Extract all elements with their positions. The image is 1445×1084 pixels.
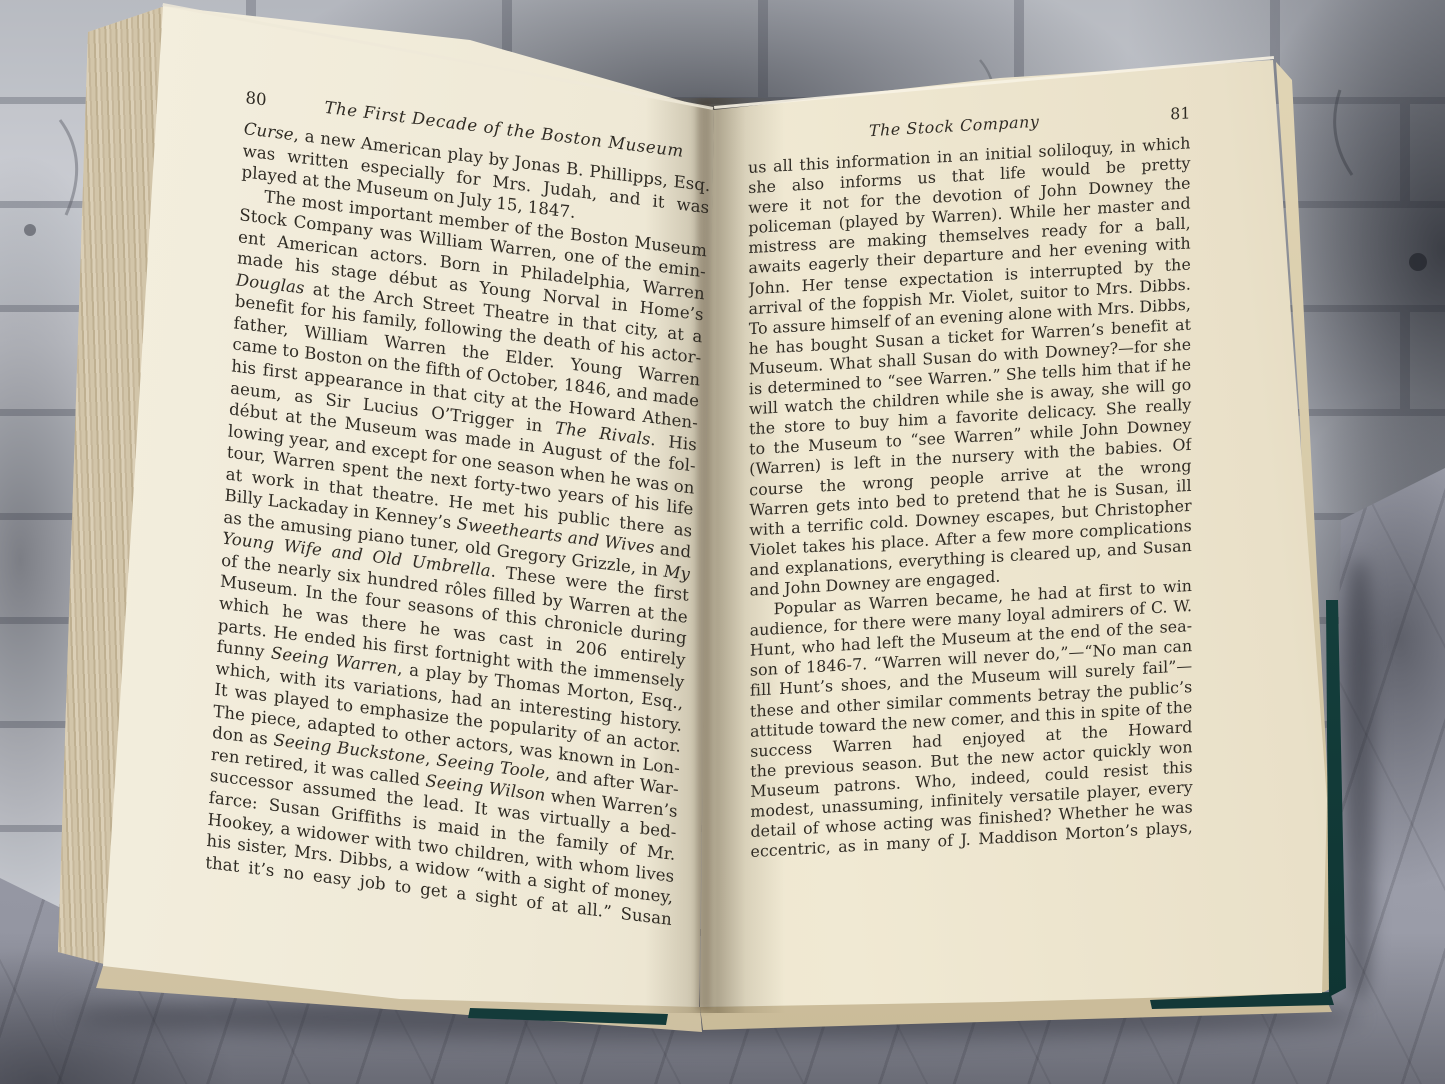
left-page-number: 80: [245, 88, 267, 110]
right-page-number: 81: [1170, 103, 1190, 123]
book-cast-shadow-right: [1344, 560, 1374, 1000]
book-photo-scene: 80 The First Decade of the Boston Museum…: [0, 0, 1445, 1084]
right-page-text: The Stock Company 81 us all this informa…: [748, 103, 1193, 862]
left-page-text: 80 The First Decade of the Boston Museum…: [205, 88, 713, 930]
right-page-body: us all this information in an initial so…: [748, 133, 1193, 862]
right-page-top-edge: [714, 56, 1274, 109]
left-page-body: Curse, a new American play by Jonas B. P…: [205, 118, 711, 930]
